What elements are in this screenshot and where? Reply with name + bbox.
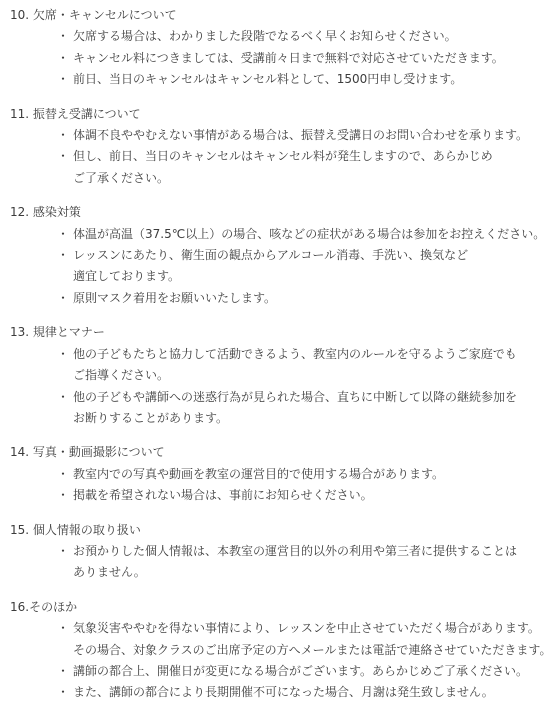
bullet-line: 講師の都合上、開催日が変更になる場合がございます。あらかじめご了承ください。	[73, 661, 552, 682]
bullet-icon: ・	[57, 344, 73, 365]
bullet-icon: ・	[57, 541, 73, 562]
bullet-line: 気象災害ややむを得ない事情により、レッスンを中止させていただく場合があります。	[73, 618, 552, 639]
bullet-item: ・ 他の子どもや講師への迷惑行為が見られた場合、直ちに中断して以降の継続参加を …	[10, 387, 552, 430]
section-title: 欠席・キャンセルについて	[33, 8, 177, 22]
bullet-item: ・ 但し、前日、当日のキャンセルはキャンセル料が発生しますので、あらかじめ ご了…	[10, 146, 552, 189]
section-title: 感染対策	[33, 205, 81, 219]
section-title: 写真・動画撮影について	[33, 445, 165, 459]
section-14: 14. 写真・動画撮影について ・ 教室内での写真や動画を教室の運営目的で使用す…	[10, 442, 552, 506]
bullet-icon: ・	[57, 125, 73, 146]
section-header: 11. 振替え受講について	[10, 104, 552, 125]
section-number: 15.	[10, 523, 33, 537]
section-title: そのほか	[29, 600, 77, 614]
bullet-line: 教室内での写真や動画を教室の運営目的で使用する場合があります。	[73, 464, 552, 485]
section-title: 個人情報の取り扱い	[33, 523, 141, 537]
bullet-line-continuation: ありません。	[73, 562, 552, 583]
section-13: 13. 規律とマナー ・ 他の子どもたちと協力して活動できるよう、教室内のルール…	[10, 322, 552, 429]
bullet-item: ・ レッスンにあたり、衛生面の観点からアルコール消毒、手洗い、換気など 適宜して…	[10, 245, 552, 288]
section-number: 14.	[10, 445, 33, 459]
section-number: 12.	[10, 205, 33, 219]
section-number: 11.	[10, 107, 33, 121]
bullet-icon: ・	[57, 48, 73, 69]
bullet-item: ・ 原則マスク着用をお願いいたします。	[10, 288, 552, 309]
bullet-item: ・ 講師の都合上、開催日が変更になる場合がございます。あらかじめご了承ください。	[10, 661, 552, 682]
section-number: 16.	[10, 600, 29, 614]
section-15: 15. 個人情報の取り扱い ・ お預かりした個人情報は、本教室の運営目的以外の利…	[10, 520, 552, 584]
bullet-line: 掲載を希望されない場合は、事前にお知らせください。	[73, 485, 552, 506]
section-16: 16.そのほか ・ 気象災害ややむを得ない事情により、レッスンを中止させていただ…	[10, 597, 552, 704]
bullet-item: ・ 体調不良ややむえない事情がある場合は、振替え受講日のお問い合わせを承ります。	[10, 125, 552, 146]
bullet-line: 但し、前日、当日のキャンセルはキャンセル料が発生しますので、あらかじめ	[73, 146, 552, 167]
section-10: 10. 欠席・キャンセルについて ・ 欠席する場合は、わかりました段階でなるべく…	[10, 5, 552, 91]
section-header: 10. 欠席・キャンセルについて	[10, 5, 552, 26]
bullet-item: ・ 気象災害ややむを得ない事情により、レッスンを中止させていただく場合があります…	[10, 618, 552, 661]
section-11: 11. 振替え受講について ・ 体調不良ややむえない事情がある場合は、振替え受講…	[10, 104, 552, 190]
bullet-line-continuation: お断りすることがあります。	[73, 408, 552, 429]
bullet-line: 欠席する場合は、わかりました段階でなるべく早くお知らせください。	[73, 26, 552, 47]
bullet-line: 他の子どもたちと協力して活動できるよう、教室内のルールを守るようご家庭でも	[73, 344, 552, 365]
bullet-item: ・ お預かりした個人情報は、本教室の運営目的以外の利用や第三者に提供することは …	[10, 541, 552, 584]
bullet-icon: ・	[57, 387, 73, 408]
bullet-line: 体温が高温（37.5℃以上）の場合、咳などの症状がある場合は参加をお控えください…	[73, 224, 552, 245]
bullet-item: ・ 欠席する場合は、わかりました段階でなるべく早くお知らせください。	[10, 26, 552, 47]
section-header: 14. 写真・動画撮影について	[10, 442, 552, 463]
bullet-icon: ・	[57, 146, 73, 167]
section-title: 規律とマナー	[33, 325, 105, 339]
bullet-item: ・ 体温が高温（37.5℃以上）の場合、咳などの症状がある場合は参加をお控えくだ…	[10, 224, 552, 245]
section-header: 13. 規律とマナー	[10, 322, 552, 343]
document-page: 10. 欠席・キャンセルについて ・ 欠席する場合は、わかりました段階でなるべく…	[0, 0, 560, 720]
bullet-icon: ・	[57, 288, 73, 309]
bullet-item: ・ 前日、当日のキャンセルはキャンセル料として、1500円申し受けます。	[10, 69, 552, 90]
bullet-icon: ・	[57, 485, 73, 506]
bullet-icon: ・	[57, 682, 73, 703]
bullet-item: ・ キャンセル料につきましては、受講前々日まで無料で対応させていただきます。	[10, 48, 552, 69]
bullet-line-continuation: ご指導ください。	[73, 365, 552, 386]
bullet-line: キャンセル料につきましては、受講前々日まで無料で対応させていただきます。	[73, 48, 552, 69]
section-number: 13.	[10, 325, 33, 339]
bullet-line-continuation: ご了承ください。	[73, 168, 552, 189]
section-title: 振替え受講について	[33, 107, 141, 121]
bullet-line: また、講師の都合により長期開催不可になった場合、月謝は発生致しません。	[73, 682, 552, 703]
bullet-icon: ・	[57, 245, 73, 266]
bullet-icon: ・	[57, 464, 73, 485]
section-header: 15. 個人情報の取り扱い	[10, 520, 552, 541]
bullet-line: 他の子どもや講師への迷惑行為が見られた場合、直ちに中断して以降の継続参加を	[73, 387, 552, 408]
bullet-item: ・ 他の子どもたちと協力して活動できるよう、教室内のルールを守るようご家庭でも …	[10, 344, 552, 387]
bullet-icon: ・	[57, 69, 73, 90]
bullet-line-continuation: 適宜しております。	[73, 266, 552, 287]
bullet-line: 前日、当日のキャンセルはキャンセル料として、1500円申し受けます。	[73, 69, 552, 90]
bullet-line-continuation: その場合、対象クラスのご出席予定の方へメールまたは電話で連絡させていただきます。	[73, 640, 552, 661]
bullet-icon: ・	[57, 661, 73, 682]
bullet-item: ・ 教室内での写真や動画を教室の運営目的で使用する場合があります。	[10, 464, 552, 485]
section-header: 16.そのほか	[10, 597, 552, 618]
bullet-item: ・ また、講師の都合により長期開催不可になった場合、月謝は発生致しません。	[10, 682, 552, 703]
section-header: 12. 感染対策	[10, 202, 552, 223]
bullet-icon: ・	[57, 618, 73, 639]
bullet-icon: ・	[57, 224, 73, 245]
bullet-line: お預かりした個人情報は、本教室の運営目的以外の利用や第三者に提供することは	[73, 541, 552, 562]
section-number: 10.	[10, 8, 33, 22]
section-12: 12. 感染対策 ・ 体温が高温（37.5℃以上）の場合、咳などの症状がある場合…	[10, 202, 552, 309]
bullet-line: 体調不良ややむえない事情がある場合は、振替え受講日のお問い合わせを承ります。	[73, 125, 552, 146]
bullet-line: 原則マスク着用をお願いいたします。	[73, 288, 552, 309]
bullet-icon: ・	[57, 26, 73, 47]
bullet-item: ・ 掲載を希望されない場合は、事前にお知らせください。	[10, 485, 552, 506]
bullet-line: レッスンにあたり、衛生面の観点からアルコール消毒、手洗い、換気など	[73, 245, 552, 266]
